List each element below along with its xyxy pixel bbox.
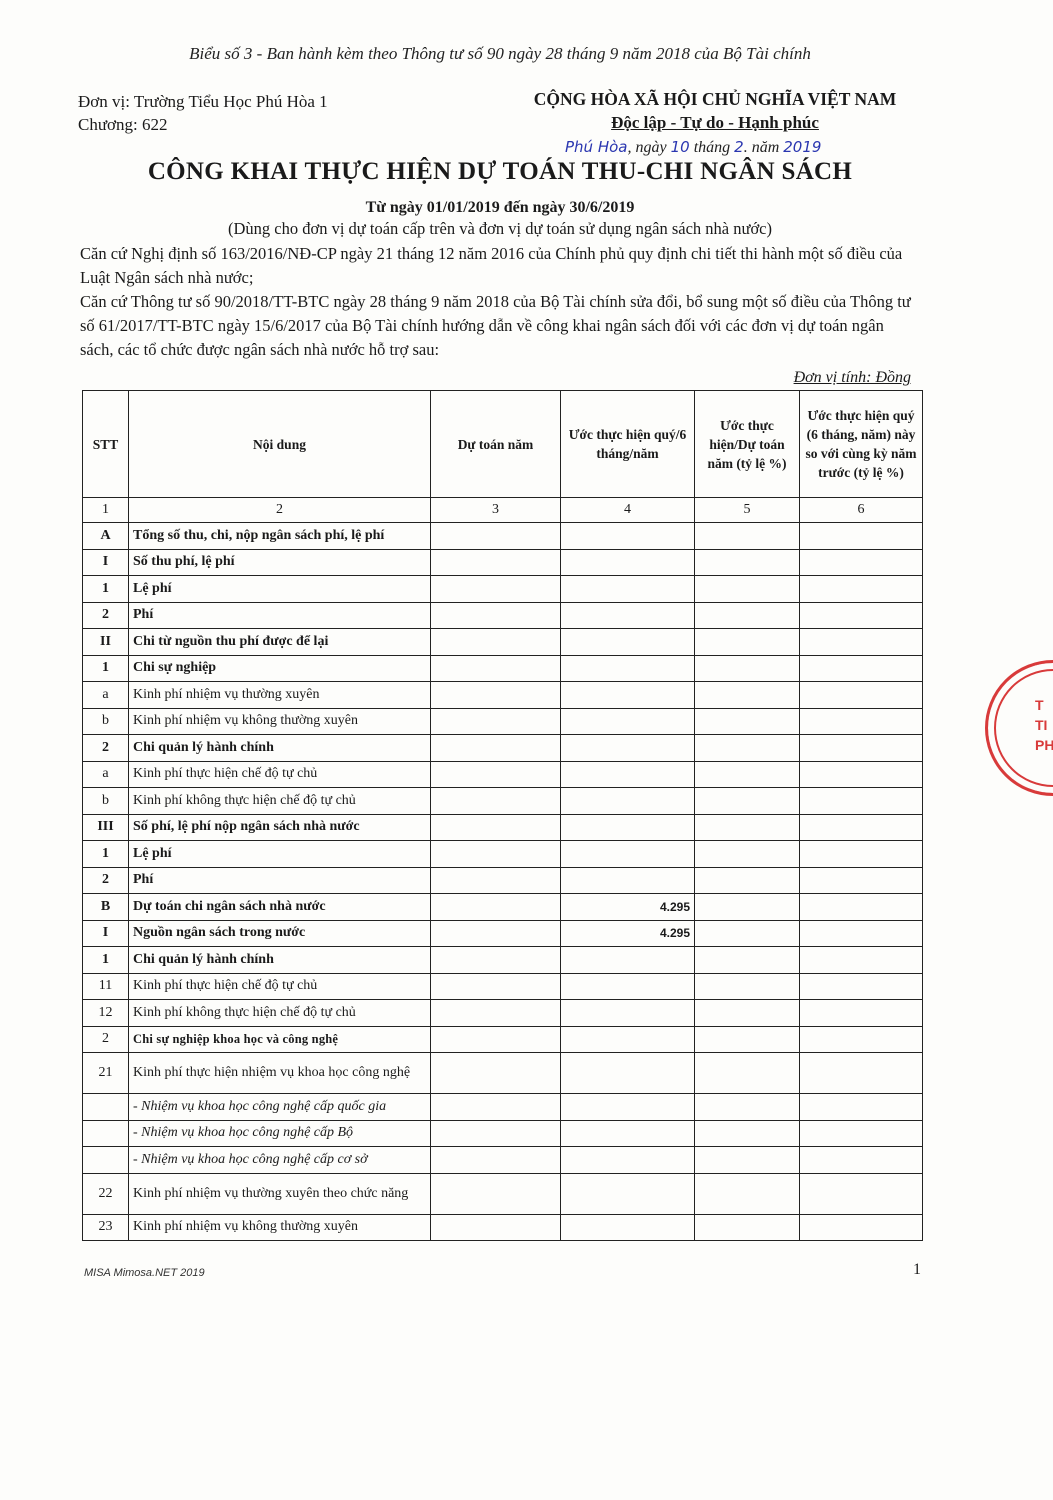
table-row: 1Lệ phí [83,576,923,603]
chapter-code: Chương: 622 [78,113,328,136]
row-yoy-ratio [800,576,923,603]
table-row: ISố thu phí, lệ phí [83,549,923,576]
table-row: ATổng số thu, chi, nộp ngân sách phí, lệ… [83,523,923,550]
row-yoy-ratio [800,947,923,974]
row-estimated-execution [561,814,695,841]
software-footer: MISA Mimosa.NET 2019 [84,1267,205,1279]
row-stt: 21 [83,1053,129,1094]
row-execution-ratio [695,682,800,709]
row-stt: 11 [83,973,129,1000]
row-estimated-execution [561,947,695,974]
row-content: Nguồn ngân sách trong nước [129,920,431,947]
row-estimated-execution [561,549,695,576]
row-yoy-ratio [800,1053,923,1094]
unit-name: Đơn vị: Trường Tiểu Học Phú Hòa 1 [78,90,328,113]
handwritten-place: Phú Hòa [565,138,627,156]
row-stt: III [83,814,129,841]
row-annual-estimate [431,1120,561,1147]
row-execution-ratio [695,1147,800,1174]
row-execution-ratio [695,947,800,974]
table-row: 2Phí [83,602,923,629]
row-yoy-ratio [800,1094,923,1121]
row-content: Kinh phí nhiệm vụ thường xuyên [129,682,431,709]
row-content: Dự toán chi ngân sách nhà nước [129,894,431,921]
row-estimated-execution [561,708,695,735]
seal-text-line: PH [1035,737,1053,753]
row-annual-estimate [431,1026,561,1053]
row-execution-ratio [695,708,800,735]
handwritten-month: 2 [734,138,744,156]
row-yoy-ratio [800,1214,923,1241]
row-yoy-ratio [800,761,923,788]
row-stt: I [83,920,129,947]
table-row: 1Chi sự nghiệp [83,655,923,682]
row-yoy-ratio [800,655,923,682]
seal-text-line: T [1035,697,1044,713]
row-execution-ratio [695,867,800,894]
row-stt: 1 [83,947,129,974]
row-yoy-ratio [800,1147,923,1174]
row-estimated-execution [561,735,695,762]
row-estimated-execution [561,576,695,603]
handwritten-day: 10 [671,138,690,156]
row-annual-estimate [431,708,561,735]
row-annual-estimate [431,973,561,1000]
row-estimated-execution [561,788,695,815]
seal-text-line: TI [1035,717,1047,733]
table-row: 23Kinh phí nhiệm vụ không thường xuyên [83,1214,923,1241]
table-row: 2Chi quản lý hành chính [83,735,923,762]
row-execution-ratio [695,788,800,815]
row-content: - Nhiệm vụ khoa học công nghệ cấp Bộ [129,1120,431,1147]
row-stt: 12 [83,1000,129,1027]
row-estimated-execution [561,523,695,550]
row-annual-estimate [431,602,561,629]
row-yoy-ratio [800,1026,923,1053]
row-stt: 22 [83,1173,129,1214]
row-stt: II [83,629,129,656]
row-yoy-ratio [800,602,923,629]
header-estimated-execution: Ước thực hiện quý/6 tháng/năm [561,391,695,498]
row-execution-ratio [695,1120,800,1147]
table-row: 2Phí [83,867,923,894]
row-stt [83,1120,129,1147]
row-content: Chi sự nghiệp [129,655,431,682]
row-estimated-execution [561,1120,695,1147]
row-annual-estimate [431,1094,561,1121]
row-content: Số thu phí, lệ phí [129,549,431,576]
row-stt: b [83,708,129,735]
handwritten-year: 2019 [783,138,821,156]
row-stt: a [83,682,129,709]
row-execution-ratio [695,1000,800,1027]
row-execution-ratio [695,549,800,576]
row-execution-ratio [695,1094,800,1121]
row-execution-ratio [695,894,800,921]
row-yoy-ratio [800,788,923,815]
table-row: 22Kinh phí nhiệm vụ thường xuyên theo ch… [83,1173,923,1214]
row-yoy-ratio [800,523,923,550]
row-estimated-execution [561,1147,695,1174]
row-stt [83,1094,129,1121]
row-annual-estimate [431,576,561,603]
row-content: - Nhiệm vụ khoa học công nghệ cấp cơ sở [129,1147,431,1174]
row-estimated-execution [561,1026,695,1053]
header-execution-ratio: Ước thực hiện/Dự toán năm (tỷ lệ %) [695,391,800,498]
row-content: Lệ phí [129,576,431,603]
row-execution-ratio [695,1026,800,1053]
table-row: 12Kinh phí không thực hiện chế độ tự chủ [83,1000,923,1027]
row-yoy-ratio [800,973,923,1000]
table-row: IIISố phí, lệ phí nộp ngân sách nhà nước [83,814,923,841]
row-content: Kinh phí nhiệm vụ không thường xuyên [129,1214,431,1241]
row-execution-ratio [695,920,800,947]
usage-note: (Dùng cho đơn vị dự toán cấp trên và đơn… [0,219,1000,239]
row-estimated-execution [561,867,695,894]
row-estimated-execution [561,1000,695,1027]
row-content: Phí [129,867,431,894]
row-estimated-execution: 4.295 [561,894,695,921]
row-content: Lệ phí [129,841,431,868]
table-row: aKinh phí nhiệm vụ thường xuyên [83,682,923,709]
row-content: Kinh phí nhiệm vụ thường xuyên theo chức… [129,1173,431,1214]
row-annual-estimate [431,655,561,682]
row-estimated-execution [561,655,695,682]
national-title: CỘNG HÒA XÃ HỘI CHỦ NGHĨA VIỆT NAM [510,89,920,110]
row-stt: 1 [83,655,129,682]
row-execution-ratio [695,1214,800,1241]
row-stt: 1 [83,841,129,868]
row-estimated-execution: 4.295 [561,920,695,947]
document-title: CÔNG KHAI THỰC HIỆN DỰ TOÁN THU-CHI NGÂN… [0,158,1000,186]
header-stt: STT [83,391,129,498]
row-annual-estimate [431,629,561,656]
row-execution-ratio [695,1053,800,1094]
table-row: aKinh phí thực hiện chế độ tự chủ [83,761,923,788]
row-annual-estimate [431,867,561,894]
row-estimated-execution [561,682,695,709]
row-estimated-execution [561,1094,695,1121]
table-row: - Nhiệm vụ khoa học công nghệ cấp cơ sở [83,1147,923,1174]
unit-info: Đơn vị: Trường Tiểu Học Phú Hòa 1 Chương… [78,90,328,136]
column-index-row: 1 2 3 4 5 6 [83,498,923,523]
row-stt: 2 [83,1026,129,1053]
row-execution-ratio [695,735,800,762]
table-row: INguồn ngân sách trong nước4.295 [83,920,923,947]
row-stt: I [83,549,129,576]
row-content: Chi sự nghiệp khoa học và công nghệ [129,1026,431,1053]
row-content: Kinh phí không thực hiện chế độ tự chủ [129,788,431,815]
row-stt: 2 [83,735,129,762]
row-yoy-ratio [800,1173,923,1214]
row-yoy-ratio [800,735,923,762]
row-yoy-ratio [800,920,923,947]
table-row: bKinh phí không thực hiện chế độ tự chủ [83,788,923,815]
table-row: 2Chi sự nghiệp khoa học và công nghệ [83,1026,923,1053]
row-yoy-ratio [800,708,923,735]
currency-unit: Đơn vị tính: Đồng [794,369,911,387]
row-content: Kinh phí thực hiện chế độ tự chủ [129,973,431,1000]
row-annual-estimate [431,1053,561,1094]
row-estimated-execution [561,761,695,788]
row-estimated-execution [561,602,695,629]
row-stt: b [83,788,129,815]
row-stt: 23 [83,1214,129,1241]
table-row: IIChi từ nguồn thu phí được để lại [83,629,923,656]
row-annual-estimate [431,788,561,815]
row-estimated-execution [561,1173,695,1214]
table-row: 1Lệ phí [83,841,923,868]
table-row: 11Kinh phí thực hiện chế độ tự chủ [83,973,923,1000]
row-execution-ratio [695,1173,800,1214]
header-yoy-ratio: Ước thực hiện quý (6 tháng, năm) này so … [800,391,923,498]
row-content: Tổng số thu, chi, nộp ngân sách phí, lệ … [129,523,431,550]
row-estimated-execution [561,841,695,868]
date-line: Phú Hòa, ngày 10 tháng 2. năm 2019 [565,138,821,157]
row-yoy-ratio [800,1000,923,1027]
row-content: Chi quản lý hành chính [129,735,431,762]
row-content: Chi quản lý hành chính [129,947,431,974]
row-annual-estimate [431,682,561,709]
row-yoy-ratio [800,1120,923,1147]
form-reference-note: Biểu số 3 - Ban hành kèm theo Thông tư s… [0,44,1000,64]
row-content: - Nhiệm vụ khoa học công nghệ cấp quốc g… [129,1094,431,1121]
row-stt: 1 [83,576,129,603]
header-annual-estimate: Dự toán năm [431,391,561,498]
row-annual-estimate [431,947,561,974]
table-row: - Nhiệm vụ khoa học công nghệ cấp Bộ [83,1120,923,1147]
legal-basis-1: Căn cứ Nghị định số 163/2016/NĐ-CP ngày … [80,242,920,290]
row-annual-estimate [431,1000,561,1027]
table-header-row: STT Nội dung Dự toán năm Ước thực hiện q… [83,391,923,498]
row-execution-ratio [695,629,800,656]
table-row: 21Kinh phí thực hiện nhiệm vụ khoa học c… [83,1053,923,1094]
reporting-period: Từ ngày 01/01/2019 đến ngày 30/6/2019 [0,199,1000,217]
row-estimated-execution [561,973,695,1000]
row-annual-estimate [431,1214,561,1241]
row-stt: 2 [83,867,129,894]
row-stt: a [83,761,129,788]
row-content: Kinh phí không thực hiện chế độ tự chủ [129,1000,431,1027]
row-annual-estimate [431,523,561,550]
row-stt [83,1147,129,1174]
row-estimated-execution [561,629,695,656]
row-content: Số phí, lệ phí nộp ngân sách nhà nước [129,814,431,841]
row-stt: A [83,523,129,550]
table-row: bKinh phí nhiệm vụ không thường xuyên [83,708,923,735]
row-yoy-ratio [800,867,923,894]
header-content: Nội dung [129,391,431,498]
row-annual-estimate [431,841,561,868]
table-row: BDự toán chi ngân sách nhà nước4.295 [83,894,923,921]
row-content: Chi từ nguồn thu phí được để lại [129,629,431,656]
row-content: Kinh phí thực hiện chế độ tự chủ [129,761,431,788]
row-annual-estimate [431,1173,561,1214]
legal-basis-2: Căn cứ Thông tư số 90/2018/TT-BTC ngày 2… [80,290,920,362]
row-content: Kinh phí nhiệm vụ không thường xuyên [129,708,431,735]
row-estimated-execution [561,1214,695,1241]
row-execution-ratio [695,523,800,550]
row-execution-ratio [695,814,800,841]
table-row: - Nhiệm vụ khoa học công nghệ cấp quốc g… [83,1094,923,1121]
row-yoy-ratio [800,894,923,921]
row-stt: B [83,894,129,921]
row-yoy-ratio [800,549,923,576]
row-content: Phí [129,602,431,629]
row-yoy-ratio [800,682,923,709]
row-annual-estimate [431,920,561,947]
budget-table: STT Nội dung Dự toán năm Ước thực hiện q… [82,390,923,1241]
row-estimated-execution [561,1053,695,1094]
row-stt: 2 [83,602,129,629]
row-annual-estimate [431,1147,561,1174]
row-yoy-ratio [800,629,923,656]
table-row: 1Chi quản lý hành chính [83,947,923,974]
row-execution-ratio [695,841,800,868]
row-execution-ratio [695,973,800,1000]
row-yoy-ratio [800,814,923,841]
row-content: Kinh phí thực hiện nhiệm vụ khoa học côn… [129,1053,431,1094]
row-annual-estimate [431,814,561,841]
row-execution-ratio [695,602,800,629]
row-annual-estimate [431,761,561,788]
page-number: 1 [913,1261,921,1279]
row-execution-ratio [695,761,800,788]
row-yoy-ratio [800,841,923,868]
row-execution-ratio [695,655,800,682]
row-annual-estimate [431,549,561,576]
row-annual-estimate [431,894,561,921]
row-execution-ratio [695,576,800,603]
row-annual-estimate [431,735,561,762]
national-motto: Độc lập - Tự do - Hạnh phúc [510,113,920,133]
